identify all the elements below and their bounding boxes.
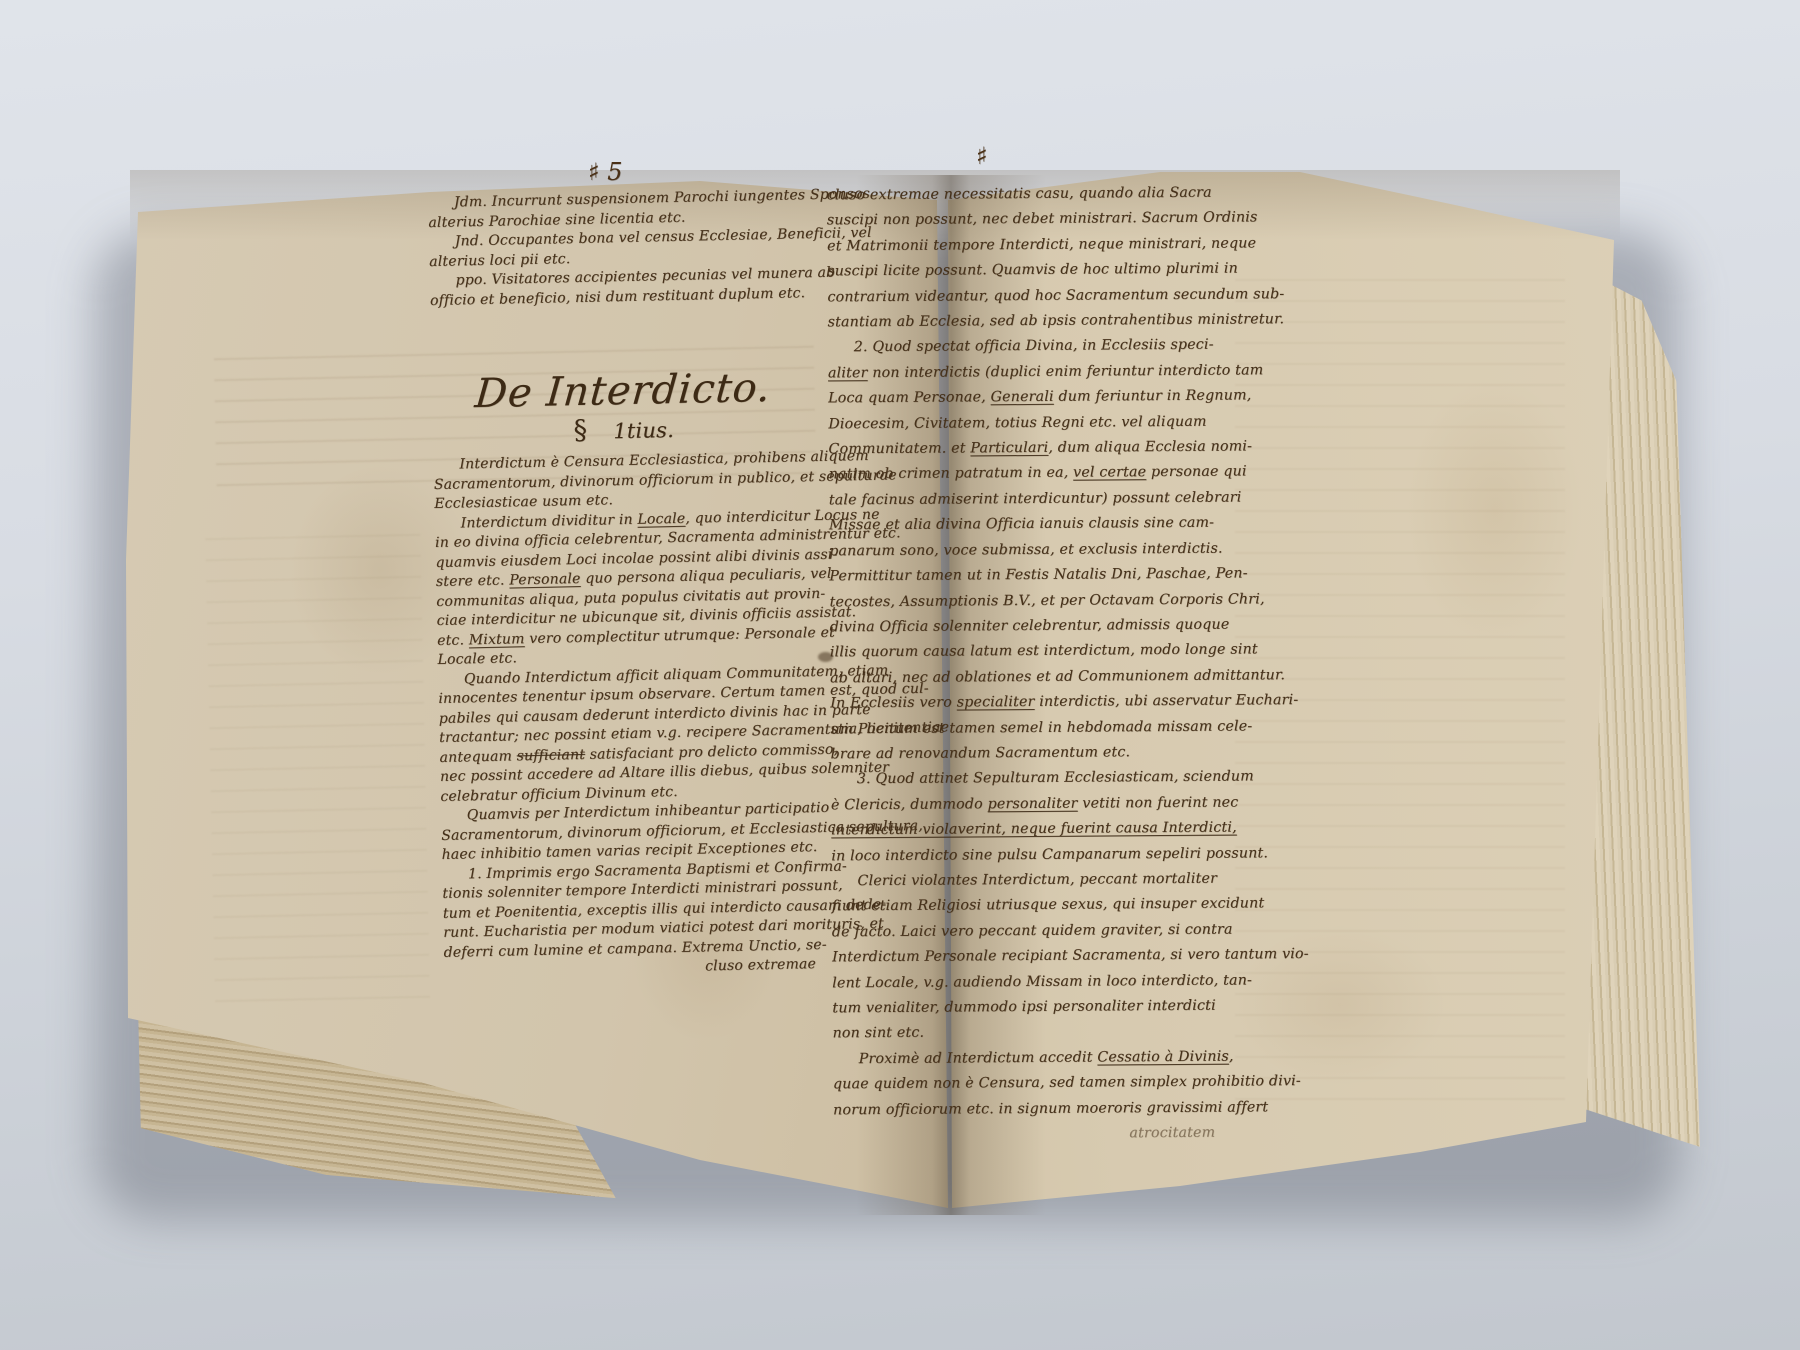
manuscript-line: interdictum violaverint, neque fuerint c… xyxy=(831,816,1223,844)
manuscript-line: è Clericis, dummodo personaliter vetiti … xyxy=(831,790,1223,818)
manuscript-line: stia, licitum est tamen semel in hebdoma… xyxy=(830,714,1222,742)
manuscript-line: Interdictum Personale recipiant Sacramen… xyxy=(832,943,1224,971)
right-catchword: atrocitatem xyxy=(833,1121,1225,1149)
manuscript-line: Proximè ad Interdictum accedit Cessatio … xyxy=(833,1044,1225,1072)
paragraph: 1. Imprimis ergo Sacramenta Baptismi et … xyxy=(442,857,826,962)
manuscript-line: ab altari, nec ad oblationes et ad Commu… xyxy=(830,663,1222,691)
section-mark: § xyxy=(573,415,587,446)
manuscript-line: suscipi non possunt, nec debet ministrar… xyxy=(827,206,1219,234)
manuscript-line: panarum sono, voce submissa, et exclusis… xyxy=(829,536,1221,564)
paragraph: Interdictum dividitur in Locale, quo int… xyxy=(434,507,819,671)
manuscript-line: tale facinus admiserint interdicuntur) p… xyxy=(829,486,1221,514)
right-body-paragraphs: cluso extremae necessitatis casu, quando… xyxy=(827,181,1226,1124)
manuscript-line: tecostes, Assumptionis B.V., et per Octa… xyxy=(829,587,1221,615)
manuscript-line: Missae et alia divina Officia ianuis cla… xyxy=(829,511,1221,539)
chapter-heading: De Interdicto. xyxy=(430,363,816,419)
manuscript-line: quae quidem non è Censura, sed tamen sim… xyxy=(833,1070,1225,1098)
left-folio-mark: ♯ 5 xyxy=(588,158,623,186)
manuscript-line: de facto. Laici vero peccant quidem grav… xyxy=(832,917,1224,945)
manuscript-line: aliter non interdictis (duplici enim fer… xyxy=(828,358,1220,386)
manuscript-line: tum venialiter, dummodo ipsi personalite… xyxy=(832,994,1224,1022)
manuscript-line: fiunt etiam Religiosi utriusque sexus, q… xyxy=(832,892,1224,920)
manuscript-line: Dioecesim, Civitatem, totius Regni etc. … xyxy=(828,409,1220,437)
manuscript-line: 3. Quod attinet Sepulturam Ecclesiastica… xyxy=(831,765,1223,793)
left-page-text: Jdm. Incurrunt suspensionem Parochi iung… xyxy=(428,186,826,982)
manuscript-line: brare ad renovandum Sacramentum etc. xyxy=(831,740,1223,768)
paper-stain xyxy=(1370,320,1620,700)
manuscript-line: Permittitur tamen ut in Festis Natalis D… xyxy=(829,562,1221,590)
manuscript-line: suscipi licite possunt. Quamvis de hoc u… xyxy=(827,257,1219,285)
section-number: 1tius. xyxy=(613,418,674,443)
manuscript-line: stantiam ab Ecclesia, sed ab ipsis contr… xyxy=(828,308,1220,336)
manuscript-line: Communitatem. et Particulari, dum aliqua… xyxy=(828,435,1220,463)
manuscript-line: non sint etc. xyxy=(832,1019,1224,1047)
manuscript-line: divina Officia solenniter celebrentur, a… xyxy=(830,613,1222,641)
paragraph: 3. Quod attinet Sepulturam Ecclesiastica… xyxy=(831,765,1224,869)
manuscript-line: 2. Quod spectat officia Divina, in Eccle… xyxy=(828,333,1220,361)
manuscript-line: In Ecclesiis vero specialiter interdicti… xyxy=(830,689,1222,717)
manuscript-line: Loca quam Personae, Generali dum feriunt… xyxy=(828,384,1220,412)
manuscript-line: contrarium videantur, quod hoc Sacrament… xyxy=(827,282,1219,310)
paragraph: 2. Quod spectat officia Divina, in Eccle… xyxy=(828,333,1223,768)
right-page-text: cluso extremae necessitatis casu, quando… xyxy=(827,181,1226,1149)
manuscript-line: illis quorum causa latum est interdictum… xyxy=(830,638,1222,666)
paragraph: Proximè ad Interdictum accedit Cessatio … xyxy=(833,1044,1226,1123)
paragraph: Quando Interdictum afficit aliquam Commu… xyxy=(438,662,823,806)
paragraph: ppo. Visitatores accipientes pecunias ve… xyxy=(429,264,812,311)
left-intro-entries: Jdm. Incurrunt suspensionem Parochi iung… xyxy=(428,186,812,311)
paragraph: Quamvis per Interdictum inhibeantur part… xyxy=(441,799,824,865)
paragraph: cluso extremae necessitatis casu, quando… xyxy=(827,181,1220,336)
photo-backdrop: ♯ 5 ♯ Jdm. Incurrunt suspensionem Paroch… xyxy=(0,0,1800,1350)
manuscript-line: et Matrimonii tempore Interdicti, neque … xyxy=(827,231,1219,259)
manuscript-line: Clerici violantes Interdictum, peccant m… xyxy=(831,867,1223,895)
paragraph: Interdictum è Censura Ecclesiastica, pro… xyxy=(433,448,816,514)
paragraph: Clerici violantes Interdictum, peccant m… xyxy=(831,867,1224,1048)
manuscript-line: cluso extremae necessitatis casu, quando… xyxy=(827,181,1219,209)
right-folio-mark: ♯ xyxy=(976,142,988,170)
manuscript-line: natim ob crimen patratum in ea, vel cert… xyxy=(829,460,1221,488)
manuscript-line: lent Locale, v.g. audiendo Missam in loc… xyxy=(832,968,1224,996)
manuscript-line: norum officiorum etc. in signum moeroris… xyxy=(833,1095,1225,1123)
left-body-paragraphs: Interdictum è Censura Ecclesiastica, pro… xyxy=(433,448,826,963)
manuscript-line: in loco interdicto sine pulsu Campanarum… xyxy=(831,841,1223,869)
